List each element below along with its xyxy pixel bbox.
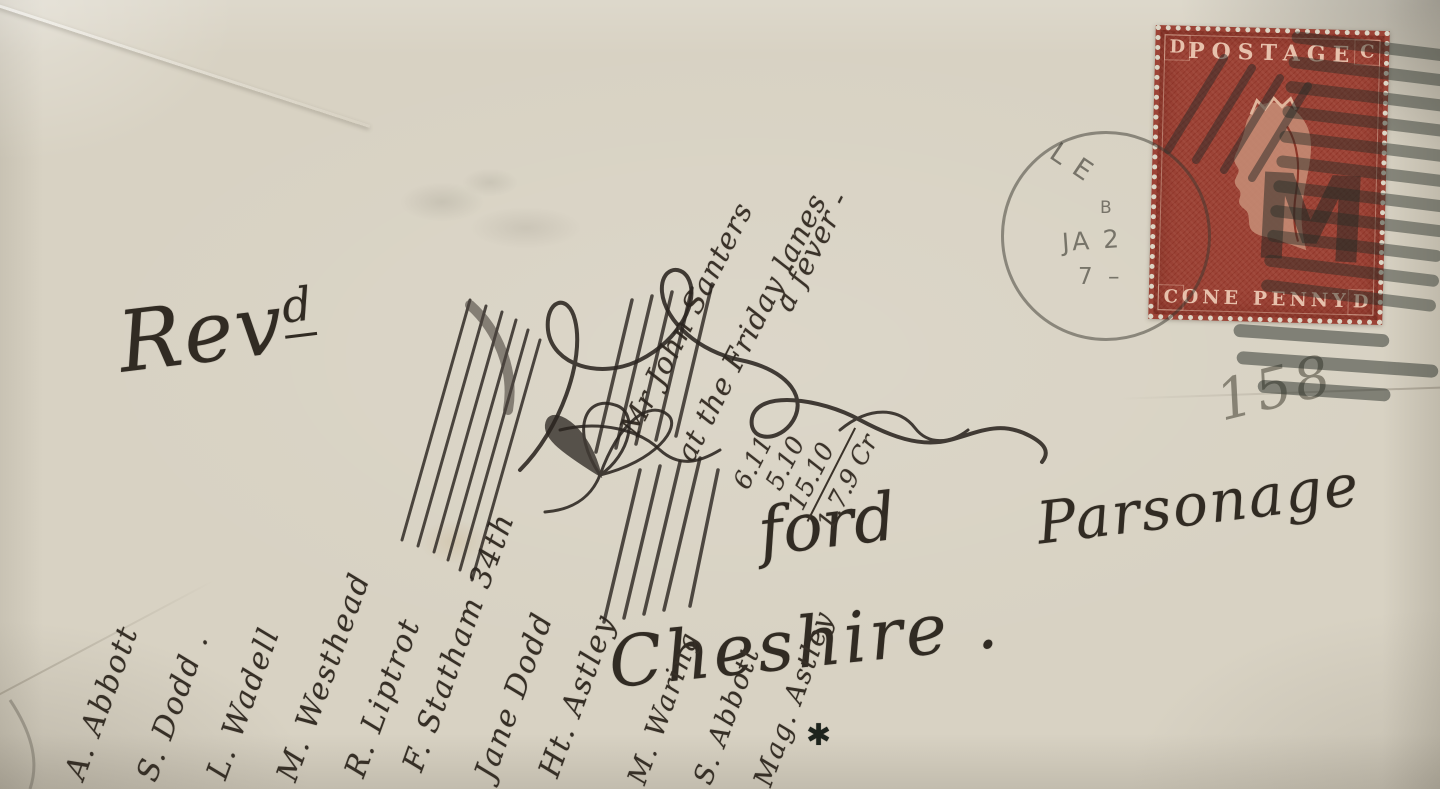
cancel-bar [1257, 379, 1391, 401]
salutation-main: Rev [113, 274, 290, 392]
datestamp-town-letters: LE [1044, 137, 1108, 194]
corner-pencil-stroke [10, 700, 34, 789]
datestamp-year: 7 – [1078, 264, 1123, 290]
address-salutation: Revd [113, 270, 321, 391]
cancel-bars-lower [1205, 322, 1440, 419]
ink-smudge [370, 150, 610, 280]
hatch-strokes-over-ford [604, 458, 718, 622]
datestamp-index-letter: B [1100, 198, 1112, 218]
salutation-superscript: d [279, 276, 318, 338]
address-line2-parsonage: Parsonage [1033, 450, 1364, 557]
cancel-bar [1236, 351, 1439, 378]
asterisk-mark: ✱ [806, 718, 831, 753]
envelope-photo: 158 Revd ford Parsonage Cheshire . ✱ Mr … [0, 0, 1440, 789]
paper-crease [0, 0, 370, 128]
circular-datestamp: LE B JA 2 7 – [1001, 131, 1211, 341]
stamp-corner-letter: D [1164, 34, 1191, 61]
name-entry: A. Abbott [58, 621, 146, 784]
datestamp-date: JA 2 [1061, 224, 1123, 257]
